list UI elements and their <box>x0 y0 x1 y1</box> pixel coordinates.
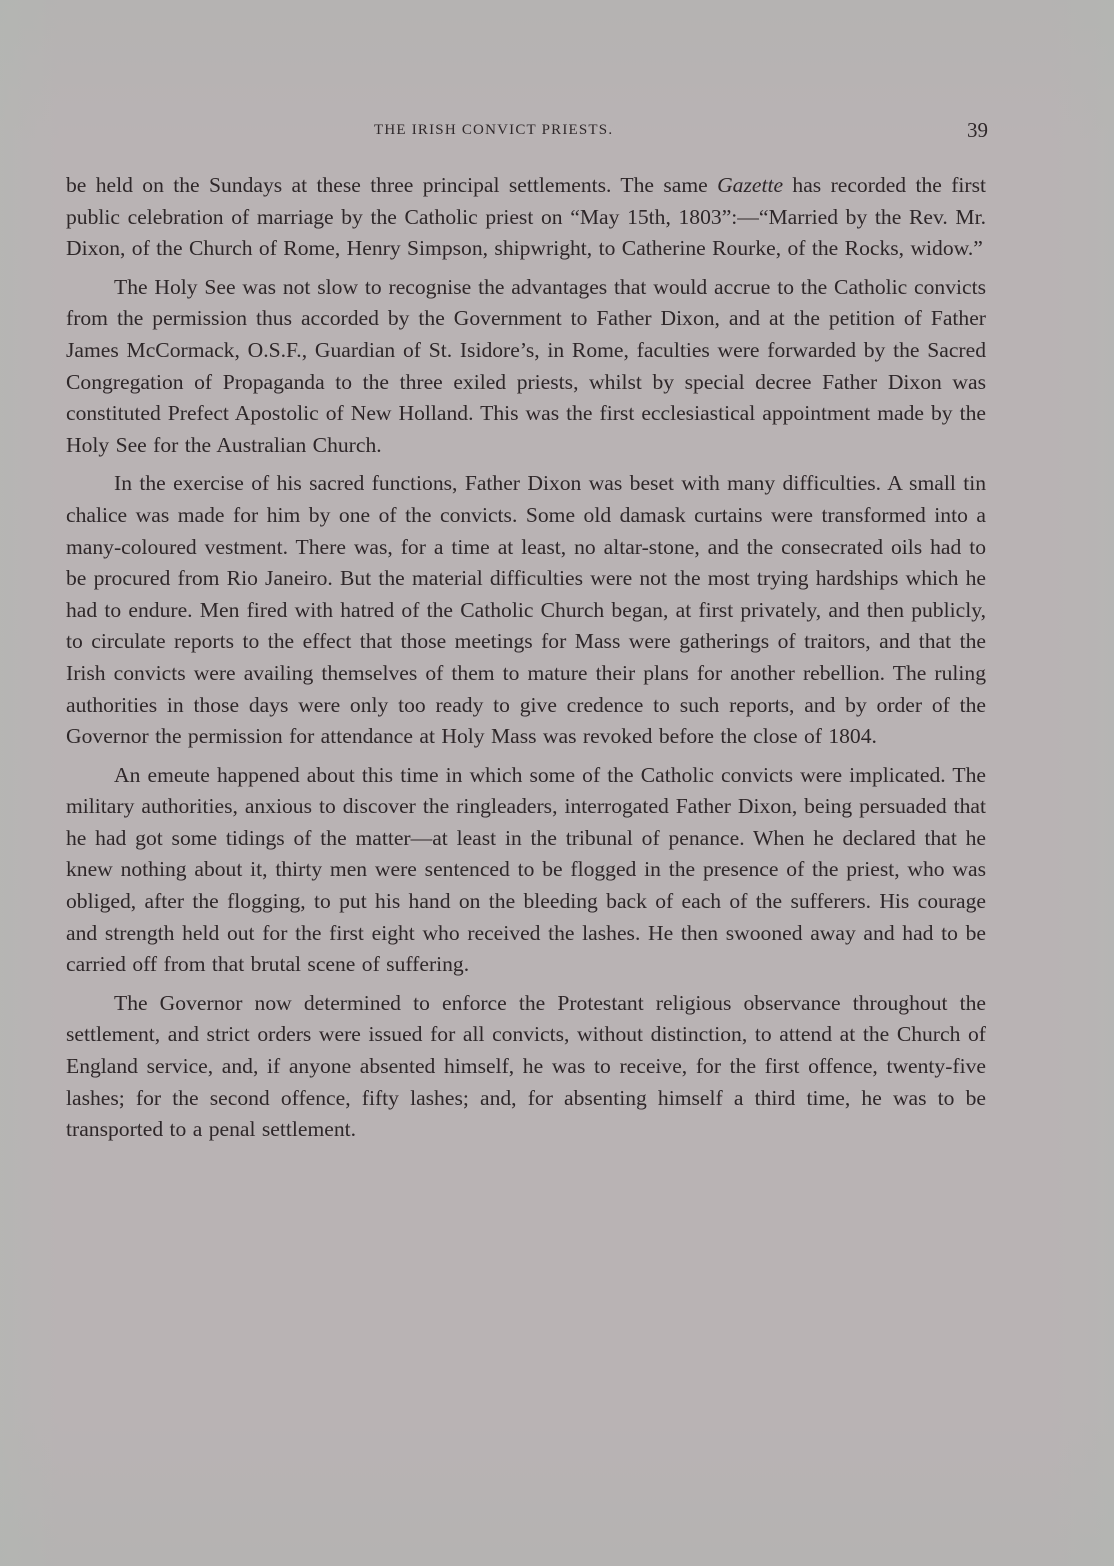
page-number: 39 <box>967 118 988 143</box>
running-title: THE IRISH CONVICT PRIESTS. <box>374 122 613 139</box>
paragraph-1-text-a: be held on the Sundays at these three pr… <box>66 173 717 197</box>
paragraph-2: The Holy See was not slow to recognise t… <box>66 272 986 462</box>
paragraph-1: be held on the Sundays at these three pr… <box>66 170 986 265</box>
gazette-italic: Gazette <box>717 173 783 197</box>
running-header: THE IRISH CONVICT PRIESTS. 39 <box>66 118 988 148</box>
paragraph-4: An emeute happened about this time in wh… <box>66 760 986 981</box>
paragraph-5: The Governor now determined to enforce t… <box>66 988 986 1146</box>
paragraph-3: In the exercise of his sacred functions,… <box>66 468 986 752</box>
book-page: THE IRISH CONVICT PRIESTS. 39 be held on… <box>0 0 1114 1566</box>
body-text: be held on the Sundays at these three pr… <box>66 170 986 1153</box>
